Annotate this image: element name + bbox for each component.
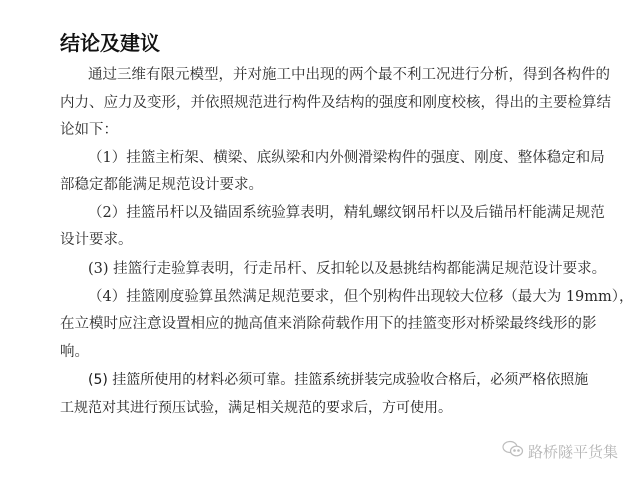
document-page: 结论及建议 通过三维有限元模型，并对施工中出现的两个最不利工况进行分析，得到各构… [0,0,640,480]
wechat-icon [502,440,524,462]
item-4-line-2: 在立模时应注意设置相应的抛高值来消除荷载作用下的挂篮变形对桥梁最终线形的影 [60,314,597,334]
item-2-line-1: （2）挂篮吊杆以及锚固系统验算表明，精轧螺纹钢吊杆以及后锚吊杆能满足规范 [88,203,605,223]
watermark: 路桥隧平货集 [502,440,618,462]
intro-line-3: 论如下： [60,120,118,140]
item-1-line-2: 部稳定都能满足规范设计要求。 [60,175,263,195]
item-5-line-1: (5) 挂篮所使用的材料必须可靠。挂篮系统拼装完成验收合格后，必须严格依照施 [88,370,588,390]
section-title: 结论及建议 [60,27,160,56]
item-3-line-1: (3) 挂篮行走验算表明，行走吊杆、反扣轮以及悬挑结构都能满足规范设计要求。 [88,259,606,279]
intro-line-1: 通过三维有限元模型，并对施工中出现的两个最不利工况进行分析，得到各构件的 [88,65,610,85]
item-4-line-3: 响。 [60,342,89,362]
watermark-text: 路桥隧平货集 [528,441,618,462]
item-4-line-1: （4）挂篮刚度验算虽然满足规范要求，但个别构件出现较大位移（最大为 19mm）， [88,287,634,307]
item-1-line-1: （1）挂篮主桁架、横梁、底纵梁和内外侧滑梁构件的强度、刚度、整体稳定和局 [88,148,605,168]
item-5-line-2: 工规范对其进行预压试验，满足相关规范的要求后，方可使用。 [60,398,452,418]
intro-line-2: 内力、应力及变形，并依照规范进行构件及结构的强度和刚度校核，得出的主要检算结 [60,93,611,113]
item-2-line-2: 设计要求。 [60,230,133,250]
